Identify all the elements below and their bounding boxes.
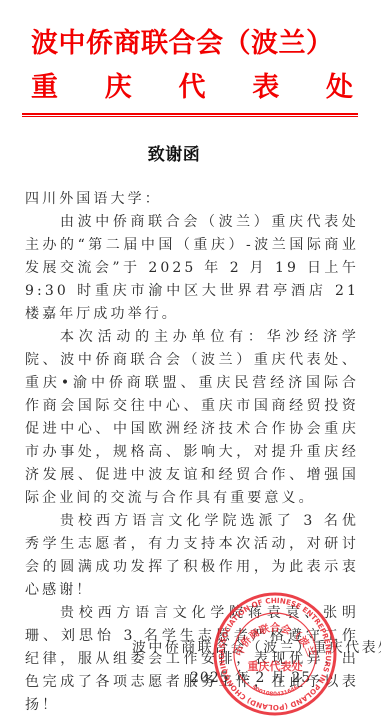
paragraph: 由波中侨商联合会（波兰）重庆代表处主办的“第二届中国（重庆）-波兰国际商业发展交…	[25, 211, 359, 326]
letterhead-divider	[22, 113, 358, 115]
salutation: 四川外国语大学：	[25, 188, 359, 211]
letterhead-char: 处	[326, 70, 353, 106]
paragraph: 本次活动的主办单位有：华沙经济学院、波中侨商联合会（波兰）重庆代表处、重庆•渝中…	[25, 326, 359, 510]
letterhead-char: 表	[252, 70, 279, 106]
letterhead-char: 庆	[105, 70, 132, 106]
letterhead-office: 重 庆 代 表 处	[31, 70, 353, 106]
seal-center-text: 重庆代表处	[248, 659, 303, 673]
official-seal-icon: ASSOCIATION OF CHINESE ENTREPRENEURS IN …	[212, 591, 338, 717]
seal-code: 5001080431646	[250, 685, 299, 698]
letterhead-char: 代	[179, 70, 206, 106]
letter-title: 致谢函	[0, 140, 348, 165]
letterhead-divider-thin	[22, 116, 358, 117]
letterhead-char: 重	[31, 70, 58, 106]
svg-text:5001080431646: 5001080431646	[250, 685, 299, 698]
paragraph: 贵校西方语言文化学院选派了 3 名优秀学生志愿者，有力支持本次活动，对研讨会的圆…	[25, 510, 359, 602]
letterhead-org-name: 波中侨商联合会（波兰）	[31, 26, 353, 62]
